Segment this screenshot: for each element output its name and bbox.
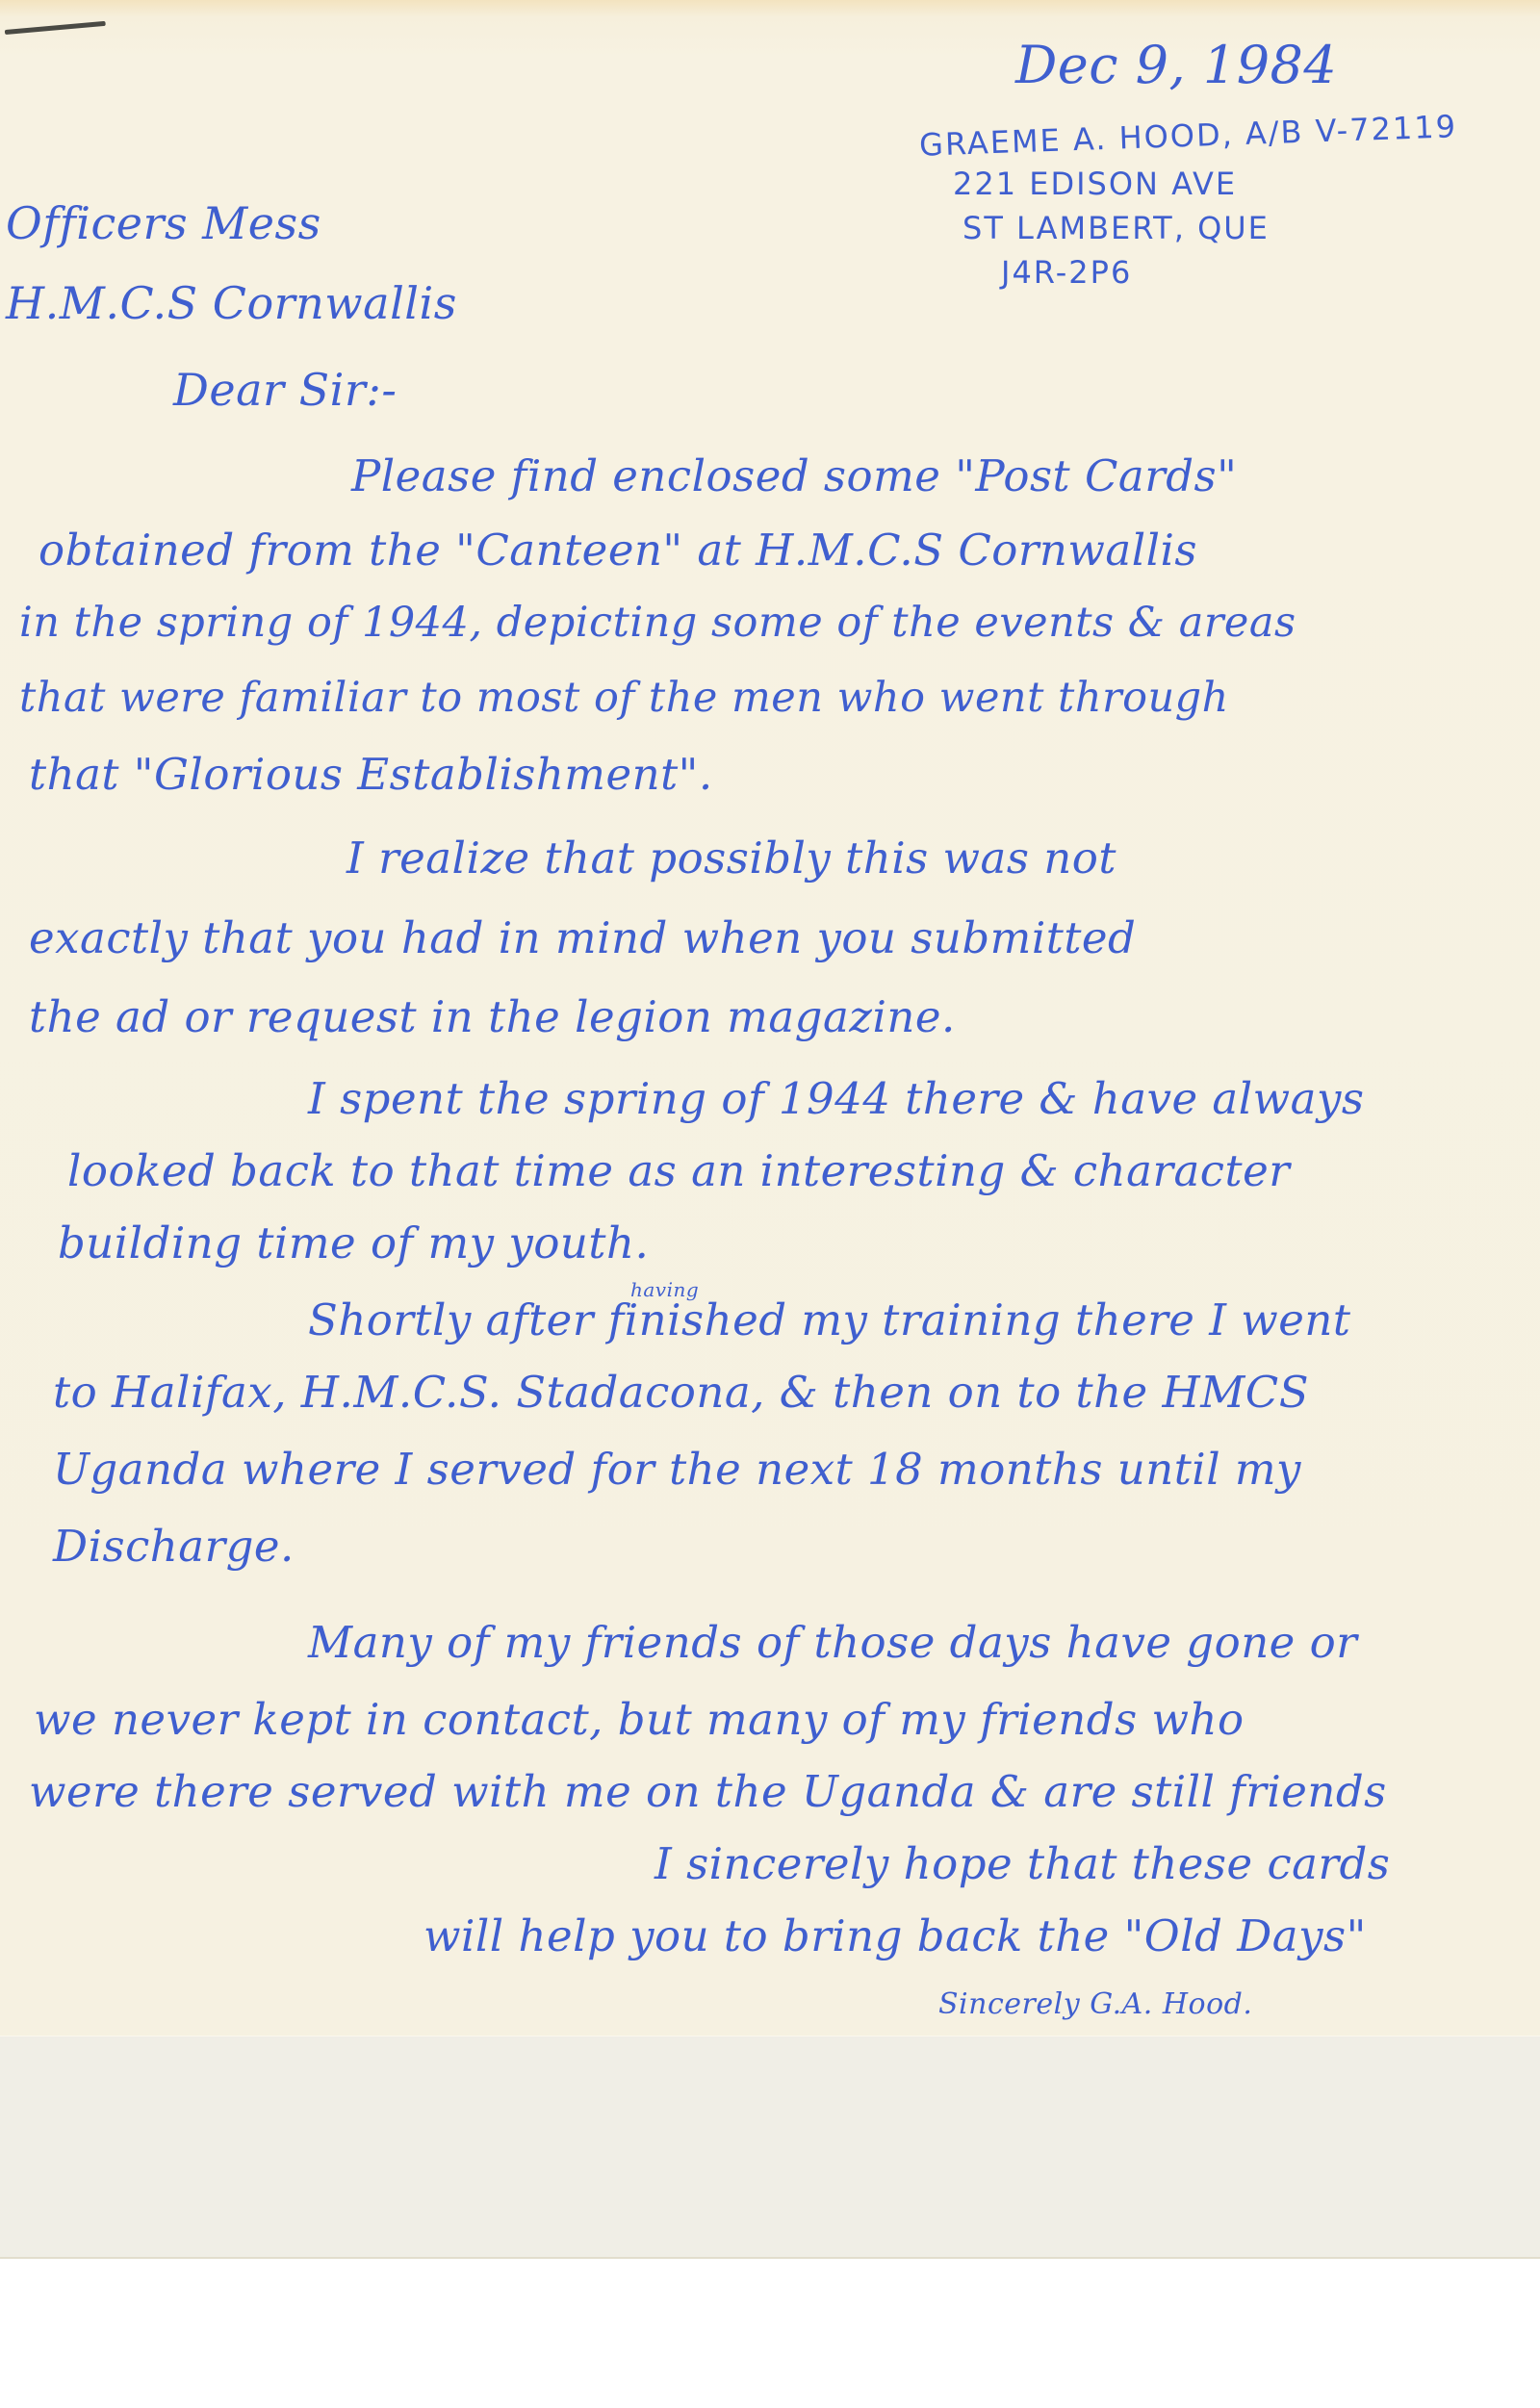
body-line: we never kept in contact, but many of my… [34, 1694, 1245, 1745]
body-line: in the spring of 1944, depicting some of… [19, 599, 1296, 647]
recipient-line-1: Officers Mess [6, 197, 321, 249]
salutation: Dear Sir:- [173, 364, 397, 416]
body-line: looked back to that time as an interesti… [67, 1145, 1290, 1196]
signature: Sincerely G.A. Hood. [938, 1987, 1252, 2021]
body-line: obtained from the "Canteen" at H.M.C.S C… [38, 525, 1197, 576]
body-line: were there served with me on the Uganda … [29, 1766, 1387, 1817]
letter-page: Dec 9, 1984 Graeme A. Hood, A/B V-72119 … [0, 0, 1540, 2037]
body-line: Please find enclosed some "Post Cards" [351, 450, 1237, 501]
body-line: Uganda where I served for the next 18 mo… [53, 1444, 1301, 1495]
body-line: I realize that possibly this was not [346, 833, 1116, 884]
body-line: to Halifax, H.M.C.S. Stadacona, & then o… [53, 1367, 1309, 1418]
body-line: that were familiar to most of the men wh… [19, 674, 1229, 722]
body-line: building time of my youth. [58, 1217, 649, 1268]
sender-name: Graeme A. Hood, A/B V-72119 [919, 108, 1458, 163]
underlying-sheet [0, 2036, 1540, 2259]
body-line: I sincerely hope that these cards [654, 1838, 1390, 1889]
body-line: that "Glorious Establishment". [29, 749, 713, 800]
letter-date: Dec 9, 1984 [1015, 35, 1337, 95]
sender-street: 221 Edison Ave [953, 166, 1237, 202]
body-line: the ad or request in the legion magazine… [29, 991, 956, 1042]
body-line: Shortly after finished my training there… [308, 1294, 1350, 1345]
body-line: exactly that you had in mind when you su… [29, 912, 1136, 963]
body-line: will help you to bring back the "Old Day… [423, 1910, 1367, 1961]
sender-city: St Lambert, Que [962, 210, 1270, 246]
body-line: Many of my friends of those days have go… [308, 1617, 1357, 1668]
sender-postal-code: J4R-2P6 [1001, 254, 1132, 291]
body-line: I spent the spring of 1944 there & have … [308, 1073, 1365, 1124]
recipient-line-2: H.M.C.S Cornwallis [6, 277, 457, 329]
body-line: Discharge. [53, 1521, 295, 1572]
staple-mark [5, 21, 106, 35]
